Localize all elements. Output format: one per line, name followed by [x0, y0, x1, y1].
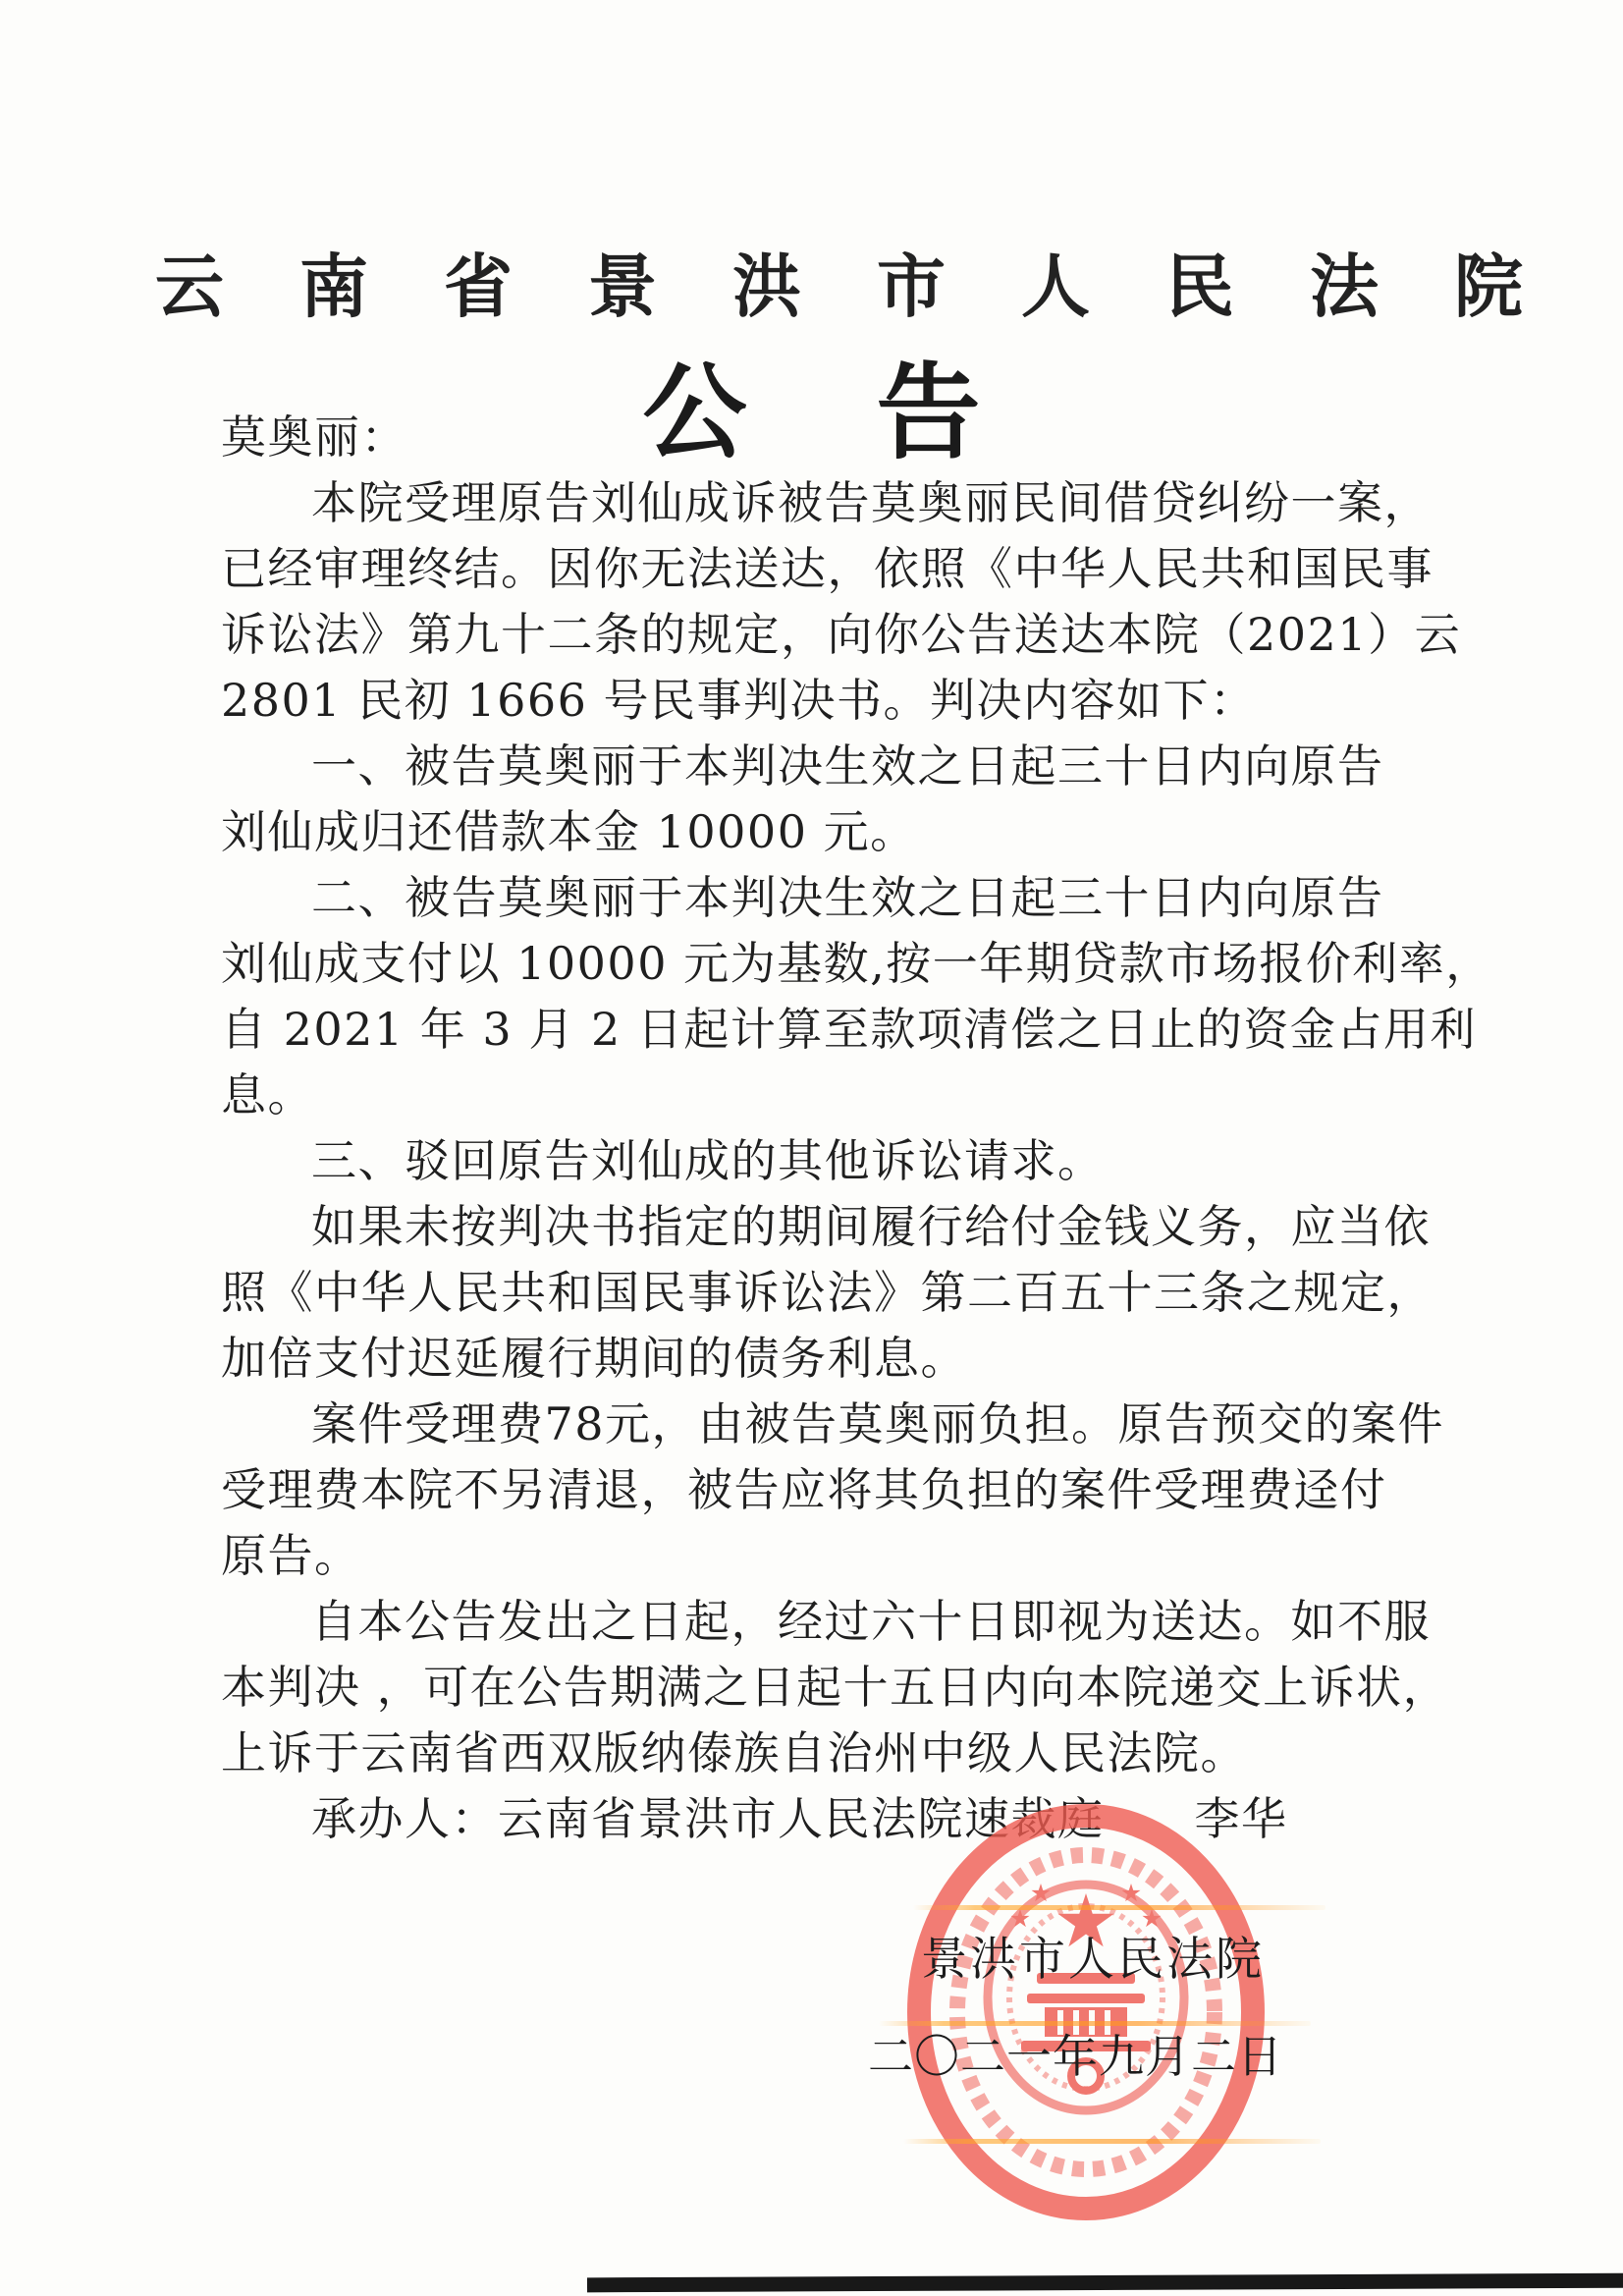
paragraph-court-fees: 案件受理费78元，由被告莫奥丽负担。原告预交的案件 受理费本院不另清退，被告应将… — [221, 1392, 1499, 1589]
handler-line: 承办人：云南省景洪市人民法院速裁庭李华 — [221, 1786, 1499, 1852]
document-page: 云南省景洪市人民法院 公告 莫奥丽： 本院受理原告刘仙成诉被告莫奥丽民间借贷纠纷… — [0, 0, 1623, 2296]
paragraph-judgment-item-2: 二、被告莫奥丽于本判决生效之日起三十日内向原告 刘仙成支付以 10000 元为基… — [221, 865, 1499, 1128]
signature-date: 二〇二一年九月二日 — [868, 2021, 1283, 2086]
addressee: 莫奥丽： — [221, 405, 1499, 470]
paragraph-judgment-item-1: 一、被告莫奥丽于本判决生效之日起三十日内向原告 刘仙成归还借款本金 10000 … — [221, 734, 1499, 865]
paragraph-late-performance: 如果未按判决书指定的期间履行给付金钱义务，应当依 照《中华人民共和国民事诉讼法》… — [221, 1194, 1499, 1392]
signature-court-name: 景洪市人民法院 — [921, 1923, 1265, 1989]
court-title: 云南省景洪市人民法院 — [155, 232, 1542, 331]
scan-streak — [913, 1905, 1325, 1910]
paragraph-judgment-item-3: 三、驳回原告刘仙成的其他诉讼请求。 — [221, 1128, 1499, 1194]
scan-streak — [879, 2021, 1311, 2026]
scan-artifact-bar — [587, 2273, 1623, 2293]
paragraph-case-summary: 本院受理原告刘仙成诉被告莫奥丽民间借贷纠纷一案， 已经审理终结。因你无法送达，依… — [221, 470, 1499, 734]
scan-streak — [903, 2139, 1321, 2144]
court-seal-icon — [892, 1793, 1280, 2231]
paragraph-service-and-appeal: 自本公告发出之日起，经过六十日即视为送达。如不服 本判决 ，可在公告期满之日起十… — [221, 1589, 1499, 1786]
notice-body: 莫奥丽： 本院受理原告刘仙成诉被告莫奥丽民间借贷纠纷一案， 已经审理终结。因你无… — [221, 405, 1499, 1852]
